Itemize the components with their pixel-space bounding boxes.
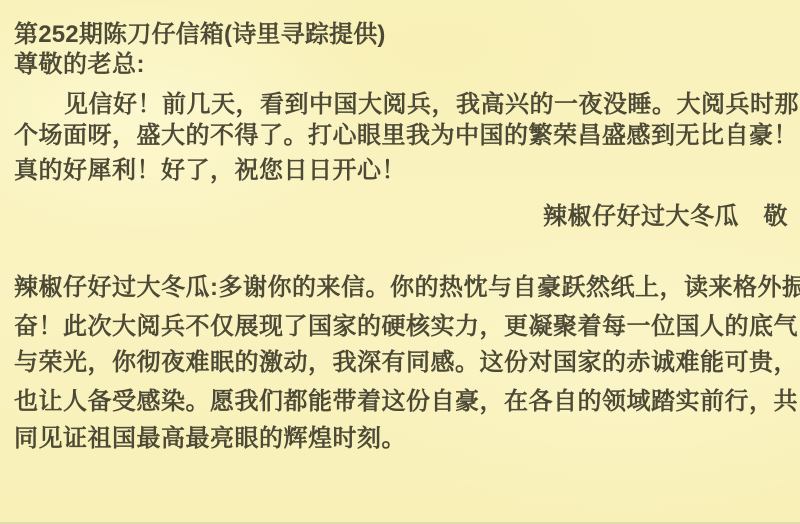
reply-line: 也让人备受感染。愿我们都能带着这份自豪，在各自的领域踏实前行，共	[14, 387, 790, 417]
reply-line: 辣椒仔好过大冬瓜:多谢你的来信。你的热忱与自豪跃然纸上，读来格外振	[14, 273, 790, 303]
letter-body-line: 真的好犀利！好了，祝您日日开心！	[14, 156, 790, 186]
reply-line: 同见证祖国最高最亮眼的辉煌时刻。	[14, 424, 790, 454]
letter-body-line: 见信好！前几天，看到中国大阅兵，我高兴的一夜没睡。大阅兵时那	[14, 90, 790, 120]
letter-signature: 辣椒仔好过大冬瓜 敬	[14, 202, 788, 232]
page-title: 第252期陈刀仔信箱(诗里寻踪提供)	[14, 20, 790, 50]
reply-line: 奋！此次大阅兵不仅展现了国家的硬核实力，更凝聚着每一位国人的底气	[14, 312, 790, 342]
letter-salutation: 尊敬的老总:	[14, 50, 790, 80]
letter-body-line: 个场面呀，盛大的不得了。打心眼里我为中国的繁荣昌盛感到无比自豪！	[14, 121, 790, 151]
letter-page: 第252期陈刀仔信箱(诗里寻踪提供) 尊敬的老总: 见信好！前几天，看到中国大阅…	[0, 0, 800, 524]
reply-line: 与荣光，你彻夜难眠的激动，我深有同感。这份对国家的赤诚难能可贵，	[14, 348, 790, 378]
